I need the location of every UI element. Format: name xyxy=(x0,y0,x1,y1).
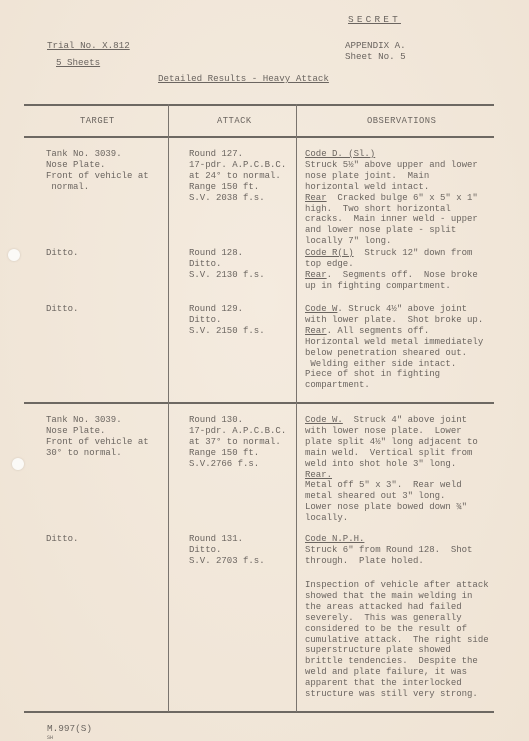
table-row-attack: Round 129. Ditto. S.V. 2150 f.s. xyxy=(189,304,265,337)
rear-label: Rear xyxy=(305,326,327,336)
rear-text: . Segments off. Nose broke up in fightin… xyxy=(305,270,478,291)
form-subcode: SH xyxy=(47,735,53,741)
table-row-target: Ditto. xyxy=(46,248,78,259)
table-row-attack: Round 131. Ditto. S.V. 2703 f.s. xyxy=(189,534,265,567)
section-rule xyxy=(24,402,494,404)
table-row-observation: Code N.P.H. Struck 6" from Round 128. Sh… xyxy=(305,534,472,567)
table-row-target: Ditto. xyxy=(46,534,78,545)
table-row-observation: Code D. (Sl.) Struck 5½" above upper and… xyxy=(305,149,478,247)
table-bottom-rule-right xyxy=(296,711,494,713)
document-page: SECRET Trial No. X.812 5 Sheets APPENDIX… xyxy=(0,0,529,741)
table-row-observation: Code W. Struck 4" above joint with lower… xyxy=(305,415,478,524)
rear-text: Cracked bulge 6" x 5" x 1" high. Two sho… xyxy=(305,193,478,247)
column-header-attack: ATTACK xyxy=(217,116,252,126)
table-row-attack: Round 130. 17-pdr. A.P.C.B.C. at 37° to … xyxy=(189,415,286,470)
table-row-target: Tank No. 3039. Nose Plate. Front of vehi… xyxy=(46,149,149,193)
table-row-observation: Code R(L) Struck 12" down from top edge.… xyxy=(305,248,478,292)
result-code: Code R(L) xyxy=(305,248,354,258)
table-row-target: Ditto. xyxy=(46,304,78,315)
rear-label: Rear xyxy=(305,270,327,280)
column-header-observations: OBSERVATIONS xyxy=(367,116,436,126)
form-number: M.997(S) xyxy=(47,723,92,734)
page-title: Detailed Results - Heavy Attack xyxy=(158,73,329,84)
column-header-target: TARGET xyxy=(80,116,115,126)
result-code: Code W. xyxy=(305,415,343,425)
table-row-attack: Round 128. Ditto. S.V. 2130 f.s. xyxy=(189,248,265,281)
rear-text: . All segments off. Horizontal weld meta… xyxy=(305,326,483,391)
table-row-attack: Round 127. 17-pdr. A.P.C.B.C. at 24° to … xyxy=(189,149,286,204)
header-rule xyxy=(24,136,494,138)
result-code: Code D. (Sl.) xyxy=(305,149,375,159)
classification-marking: SECRET xyxy=(348,14,401,25)
trial-number: Trial No. X.812 xyxy=(47,40,130,51)
punch-hole xyxy=(8,249,20,261)
inspection-summary: Inspection of vehicle after attack showe… xyxy=(305,580,489,700)
table-bottom-rule-left xyxy=(24,711,298,713)
rear-label: Rear. xyxy=(305,470,332,480)
column-divider-2 xyxy=(296,104,297,712)
table-top-rule xyxy=(24,104,494,106)
observation-text: Struck 5½" above upper and lower nose pl… xyxy=(305,160,478,192)
sheet-count: 5 Sheets xyxy=(56,57,100,68)
rear-label: Rear xyxy=(305,193,327,203)
observation-text: Struck 6" from Round 128. Shot through. … xyxy=(305,545,472,566)
table-row-observation: Code W. Struck 4½" above joint with lowe… xyxy=(305,304,483,391)
punch-hole xyxy=(12,458,24,470)
appendix-label: APPENDIX A. xyxy=(345,40,406,51)
result-code: Code W xyxy=(305,304,337,314)
column-divider-1 xyxy=(168,104,169,712)
rear-text: Metal off 5" x 3". Rear weld metal shear… xyxy=(305,480,467,523)
result-code: Code N.P.H. xyxy=(305,534,364,544)
table-row-target: Tank No. 3039. Nose Plate. Front of vehi… xyxy=(46,415,149,459)
sheet-number: Sheet No. 5 xyxy=(345,51,406,62)
